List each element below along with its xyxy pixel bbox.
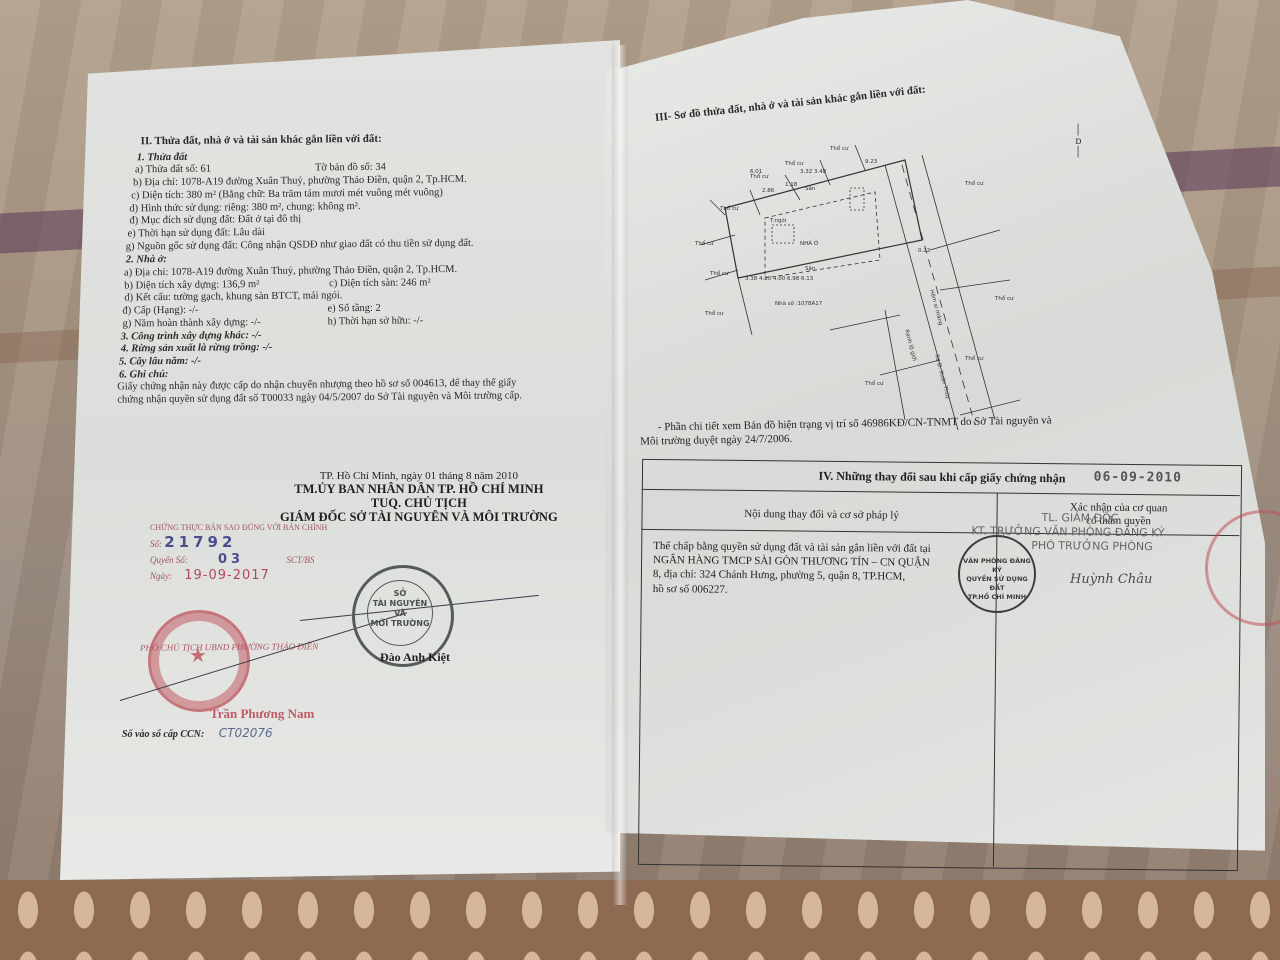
changes-table: IV. Những thay đổi sau khi cấp giấy chứn… [638,459,1242,871]
issuer-signature-block: TP. Hồ Chí Minh, ngày 01 tháng 8 năm 201… [280,470,558,524]
parcel-map-drawing: Thổ cư Thổ cư Thổ cư Thổ cư Thổ cư Thổ c… [690,130,1050,430]
seal-text: VÀ [368,609,432,619]
stamp-line-3: PHÓ TRƯỞNG PHÒNG [1031,539,1153,553]
svg-text:Thổ cư: Thổ cư [719,205,739,212]
svg-text:Thổ cư: Thổ cư [994,295,1014,302]
seal-text: SỞ [368,589,432,599]
tablecloth-pattern [0,880,1280,960]
svg-text:T.ngói: T.ngói [769,217,787,224]
entry-line: hồ sơ số 006227. [653,582,931,599]
svg-text:3.32 3.48: 3.32 3.48 [800,169,827,175]
svg-text:Thổ cư: Thổ cư [864,380,884,387]
seal-text: TP.HỒ CHÍ MINH [960,593,1034,602]
change-signer-name: Huỳnh Châu [1070,572,1152,587]
house-completion-year: g) Năm hoàn thành xây dựng: -/- [123,317,261,329]
ccn-label: Số vào sổ cấp CCN: [122,729,204,740]
land-parcel-number: a) Thửa đất số: 61 [135,164,211,176]
book-fold [612,45,628,905]
seal-text: TÀI NGUYÊN [368,599,432,609]
registration-office-seal: VĂN PHÒNG ĐĂNG KÝ QUYỀN SỬ DỤNG ĐẤT TP.H… [958,535,1036,613]
stamp-ngay-value: 19-09-2017 [184,568,270,583]
certified-copy-stamp: CHỨNG THỰC BẢN SAO ĐÚNG VỚI BẢN CHÍNH Số… [150,520,327,584]
svg-text:3.38 4.20 4.00 6.98 6.13: 3.38 4.20 4.00 6.98 6.13 [745,276,814,282]
svg-text:Nhà số :1078A17: Nhà số :1078A17 [775,300,823,307]
stamp-so-label: Số: [150,539,162,549]
house-ownership-term: h) Thời hạn sở hữu: -/- [327,315,423,329]
margin-marks: │ɒ│ [1075,125,1081,158]
seal-text: QUYỀN SỬ DỤNG ĐẤT [960,575,1034,593]
ccn-value: CT02076 [219,726,273,740]
ward-official-name: Trần Phương Nam [210,706,314,722]
place-date: TP. Hồ Chí Minh, ngày 01 tháng 8 năm 201… [280,470,558,482]
svg-text:6.01: 6.01 [750,169,762,175]
ccn-entry: Số vào sổ cấp CCN: CT02076 [122,726,273,740]
map-label-neighbor: Thổ cư [829,145,849,152]
changes-stamp-date: 06-09-2010 [1094,470,1182,486]
svg-text:9.23: 9.23 [865,159,878,165]
svg-text:Sân: Sân [805,265,816,272]
ward-seal: ★ [148,610,250,712]
house-grade: đ) Cấp (Hạng): -/- [122,305,198,317]
svg-text:Ranh lộ giới: Ranh lộ giới [903,329,918,363]
svg-text:NHÀ Ở: NHÀ Ở [800,239,819,247]
house-floor-area: c) Diện tích sàn: 246 m² [329,277,431,291]
stamp-quyen-value: 03 [218,552,244,567]
change-entry: Thế chấp bằng quyền sử dụng đất và tài s… [653,539,931,599]
svg-text:Sân: Sân [805,185,816,192]
seal-text: VĂN PHÒNG ĐĂNG KÝ [960,557,1034,575]
stamp-ngay-label: Ngày: [150,571,172,581]
svg-text:1.18: 1.18 [785,182,798,188]
house-build-area: b) Diện tích xây dựng: 136,9 m² [124,279,259,291]
seal-text: MÔI TRƯỜNG [368,619,432,629]
stamp-quyen-suffix: SCT/BS [286,555,314,565]
land-house-section: II. Thửa đất, nhà ở và tài sản khác gắn … [117,130,600,407]
svg-text:Ra Đ. Xuân Thủy: Ra Đ. Xuân Thủy [933,354,952,401]
svg-text:Thổ cư: Thổ cư [704,310,724,317]
issuer-line-1: TM.ỦY BAN NHÂN DÂN TP. HỒ CHÍ MINH [280,482,558,496]
signer-name: Đào Anh Kiệt [380,650,450,665]
svg-text:Thổ cư: Thổ cư [709,270,729,277]
svg-text:Thổ cư: Thổ cư [694,240,714,247]
svg-text:0.22: 0.22 [918,248,930,254]
svg-text:Thổ cư: Thổ cư [964,180,984,187]
stamp-line-1: TL. GIÁM ĐỐC [1041,511,1118,525]
star-icon: ★ [189,643,207,668]
stamp-quyen-label: Quyển Số: [150,555,188,565]
svg-text:Thổ cư: Thổ cư [964,355,984,362]
parcel-map: Thổ cư Thổ cư Thổ cư Thổ cư Thổ cư Thổ c… [690,130,1050,430]
map-sheet-number: Tờ bản đồ số: 34 [315,162,386,175]
svg-text:2.86: 2.86 [762,188,775,194]
stamp-so-value: 21792 [164,533,236,551]
house-floors: e) Số tầng: 2 [327,303,381,316]
issuer-line-2: TUQ. CHỦ TỊCH [280,496,558,510]
map-labels: Thổ cư Thổ cư Thổ cư Thổ cư Thổ cư Thổ c… [694,145,1014,401]
svg-text:Thổ cư: Thổ cư [784,160,804,167]
